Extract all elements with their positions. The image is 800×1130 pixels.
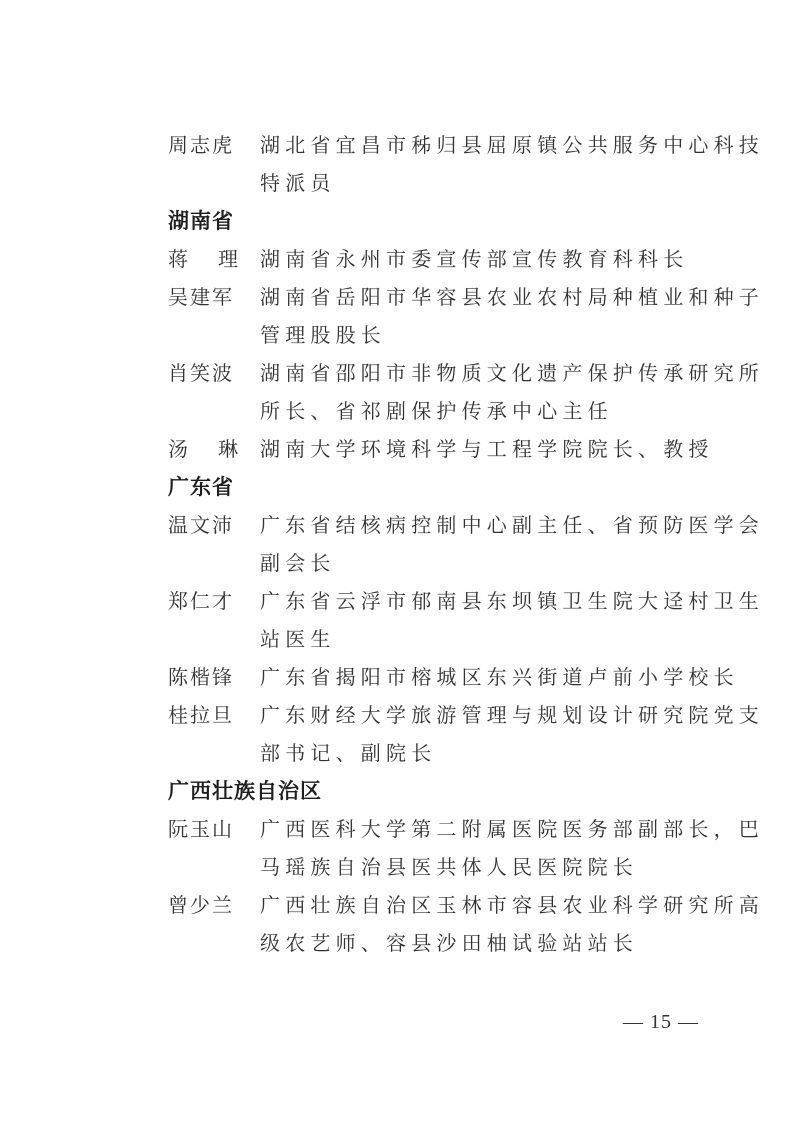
- list-entry: 吴建军 湖南省岳阳市华容县农业农村局种植业和种子 管理股股长: [168, 278, 728, 354]
- list-entry: 郑仁才 广东省云浮市郁南县东坝镇卫生院大迳村卫生 站医生: [168, 582, 728, 658]
- person-title: 广东财经大学旅游管理与规划设计研究院党支 部书记、副院长: [260, 696, 764, 772]
- person-name-char: 蒋: [168, 240, 188, 278]
- list-entry: 温文沛 广东省结核病控制中心副主任、省预防医学会 副会长: [168, 506, 728, 582]
- title-line: 湖北省宜昌市秭归县屈原镇公共服务中心科技: [260, 126, 764, 164]
- person-name: 肖笑波: [168, 354, 260, 392]
- title-line: 广东财经大学旅游管理与规划设计研究院党支: [260, 696, 764, 734]
- title-line: 湖南省岳阳市华容县农业农村局种植业和种子: [260, 278, 764, 316]
- title-line: 湖南大学环境科学与工程学院院长、教授: [260, 430, 728, 468]
- person-name: 曾少兰: [168, 886, 260, 924]
- title-line: 特派员: [260, 164, 764, 202]
- title-line: 广东省揭阳市榕城区东兴街道卢前小学校长: [260, 658, 739, 696]
- title-line: 广西医科大学第二附属医院医务部副部长，巴: [260, 810, 764, 848]
- title-line: 副会长: [260, 544, 764, 582]
- person-name: 桂拉旦: [168, 696, 260, 734]
- list-entry: 阮玉山 广西医科大学第二附属医院医务部副部长，巴 马瑶族自治县医共体人民医院院长: [168, 810, 728, 886]
- person-title: 湖南省永州市委宣传部宣传教育科科长: [260, 240, 728, 278]
- list-entry: 蒋 理 湖南省永州市委宣传部宣传教育科科长: [168, 240, 728, 278]
- name-list: 周志虎 湖北省宜昌市秭归县屈原镇公共服务中心科技 特派员 湖南省 蒋 理 湖南省…: [168, 126, 728, 962]
- title-line: 管理股股长: [260, 316, 764, 354]
- title-line: 部书记、副院长: [260, 734, 764, 772]
- title-line: 所长、省祁剧保护传承中心主任: [260, 392, 764, 430]
- person-name: 吴建军: [168, 278, 260, 316]
- person-title: 广东省结核病控制中心副主任、省预防医学会 副会长: [260, 506, 764, 582]
- title-line: 马瑶族自治县医共体人民医院院长: [260, 848, 764, 886]
- person-title: 广东省云浮市郁南县东坝镇卫生院大迳村卫生 站医生: [260, 582, 764, 658]
- person-title: 湖南省邵阳市非物质文化遗产保护传承研究所 所长、省祁剧保护传承中心主任: [260, 354, 764, 430]
- person-name: 阮玉山: [168, 810, 260, 848]
- person-name-char: 汤: [168, 430, 188, 468]
- title-line: 广东省结核病控制中心副主任、省预防医学会: [260, 506, 764, 544]
- person-name: 蒋 理: [168, 240, 238, 278]
- title-line: 湖南省邵阳市非物质文化遗产保护传承研究所: [260, 354, 764, 392]
- title-line: 广西壮族自治区玉林市容县农业科学研究所高: [260, 886, 764, 924]
- person-name: 周志虎: [168, 126, 260, 164]
- title-line: 广东省云浮市郁南县东坝镇卫生院大迳村卫生: [260, 582, 764, 620]
- person-title: 湖北省宜昌市秭归县屈原镇公共服务中心科技 特派员: [260, 126, 764, 202]
- person-name-char: 理: [218, 240, 238, 278]
- title-line: 湖南省永州市委宣传部宣传教育科科长: [260, 240, 728, 278]
- person-title: 广西壮族自治区玉林市容县农业科学研究所高 级农艺师、容县沙田柚试验站站长: [260, 886, 764, 962]
- person-title: 广东省揭阳市榕城区东兴街道卢前小学校长: [260, 658, 739, 696]
- person-title: 湖南大学环境科学与工程学院院长、教授: [260, 430, 728, 468]
- document-page: 周志虎 湖北省宜昌市秭归县屈原镇公共服务中心科技 特派员 湖南省 蒋 理 湖南省…: [0, 0, 800, 1130]
- person-name: 温文沛: [168, 506, 260, 544]
- person-name-char: 琳: [218, 430, 238, 468]
- person-name: 汤 琳: [168, 430, 238, 468]
- list-entry: 汤 琳 湖南大学环境科学与工程学院院长、教授: [168, 430, 728, 468]
- province-heading: 广西壮族自治区: [168, 772, 728, 810]
- province-heading: 广东省: [168, 468, 728, 506]
- province-heading: 湖南省: [168, 202, 728, 240]
- person-name: 陈楷锋: [168, 658, 260, 696]
- person-name: 郑仁才: [168, 582, 260, 620]
- list-entry: 桂拉旦 广东财经大学旅游管理与规划设计研究院党支 部书记、副院长: [168, 696, 728, 772]
- list-entry: 周志虎 湖北省宜昌市秭归县屈原镇公共服务中心科技 特派员: [168, 126, 728, 202]
- person-title: 广西医科大学第二附属医院医务部副部长，巴 马瑶族自治县医共体人民医院院长: [260, 810, 764, 886]
- list-entry: 陈楷锋 广东省揭阳市榕城区东兴街道卢前小学校长: [168, 658, 728, 696]
- person-title: 湖南省岳阳市华容县农业农村局种植业和种子 管理股股长: [260, 278, 764, 354]
- list-entry: 肖笑波 湖南省邵阳市非物质文化遗产保护传承研究所 所长、省祁剧保护传承中心主任: [168, 354, 728, 430]
- list-entry: 曾少兰 广西壮族自治区玉林市容县农业科学研究所高 级农艺师、容县沙田柚试验站站长: [168, 886, 728, 962]
- title-line: 级农艺师、容县沙田柚试验站站长: [260, 924, 764, 962]
- title-line: 站医生: [260, 620, 764, 658]
- page-number: — 15 —: [623, 1011, 699, 1034]
